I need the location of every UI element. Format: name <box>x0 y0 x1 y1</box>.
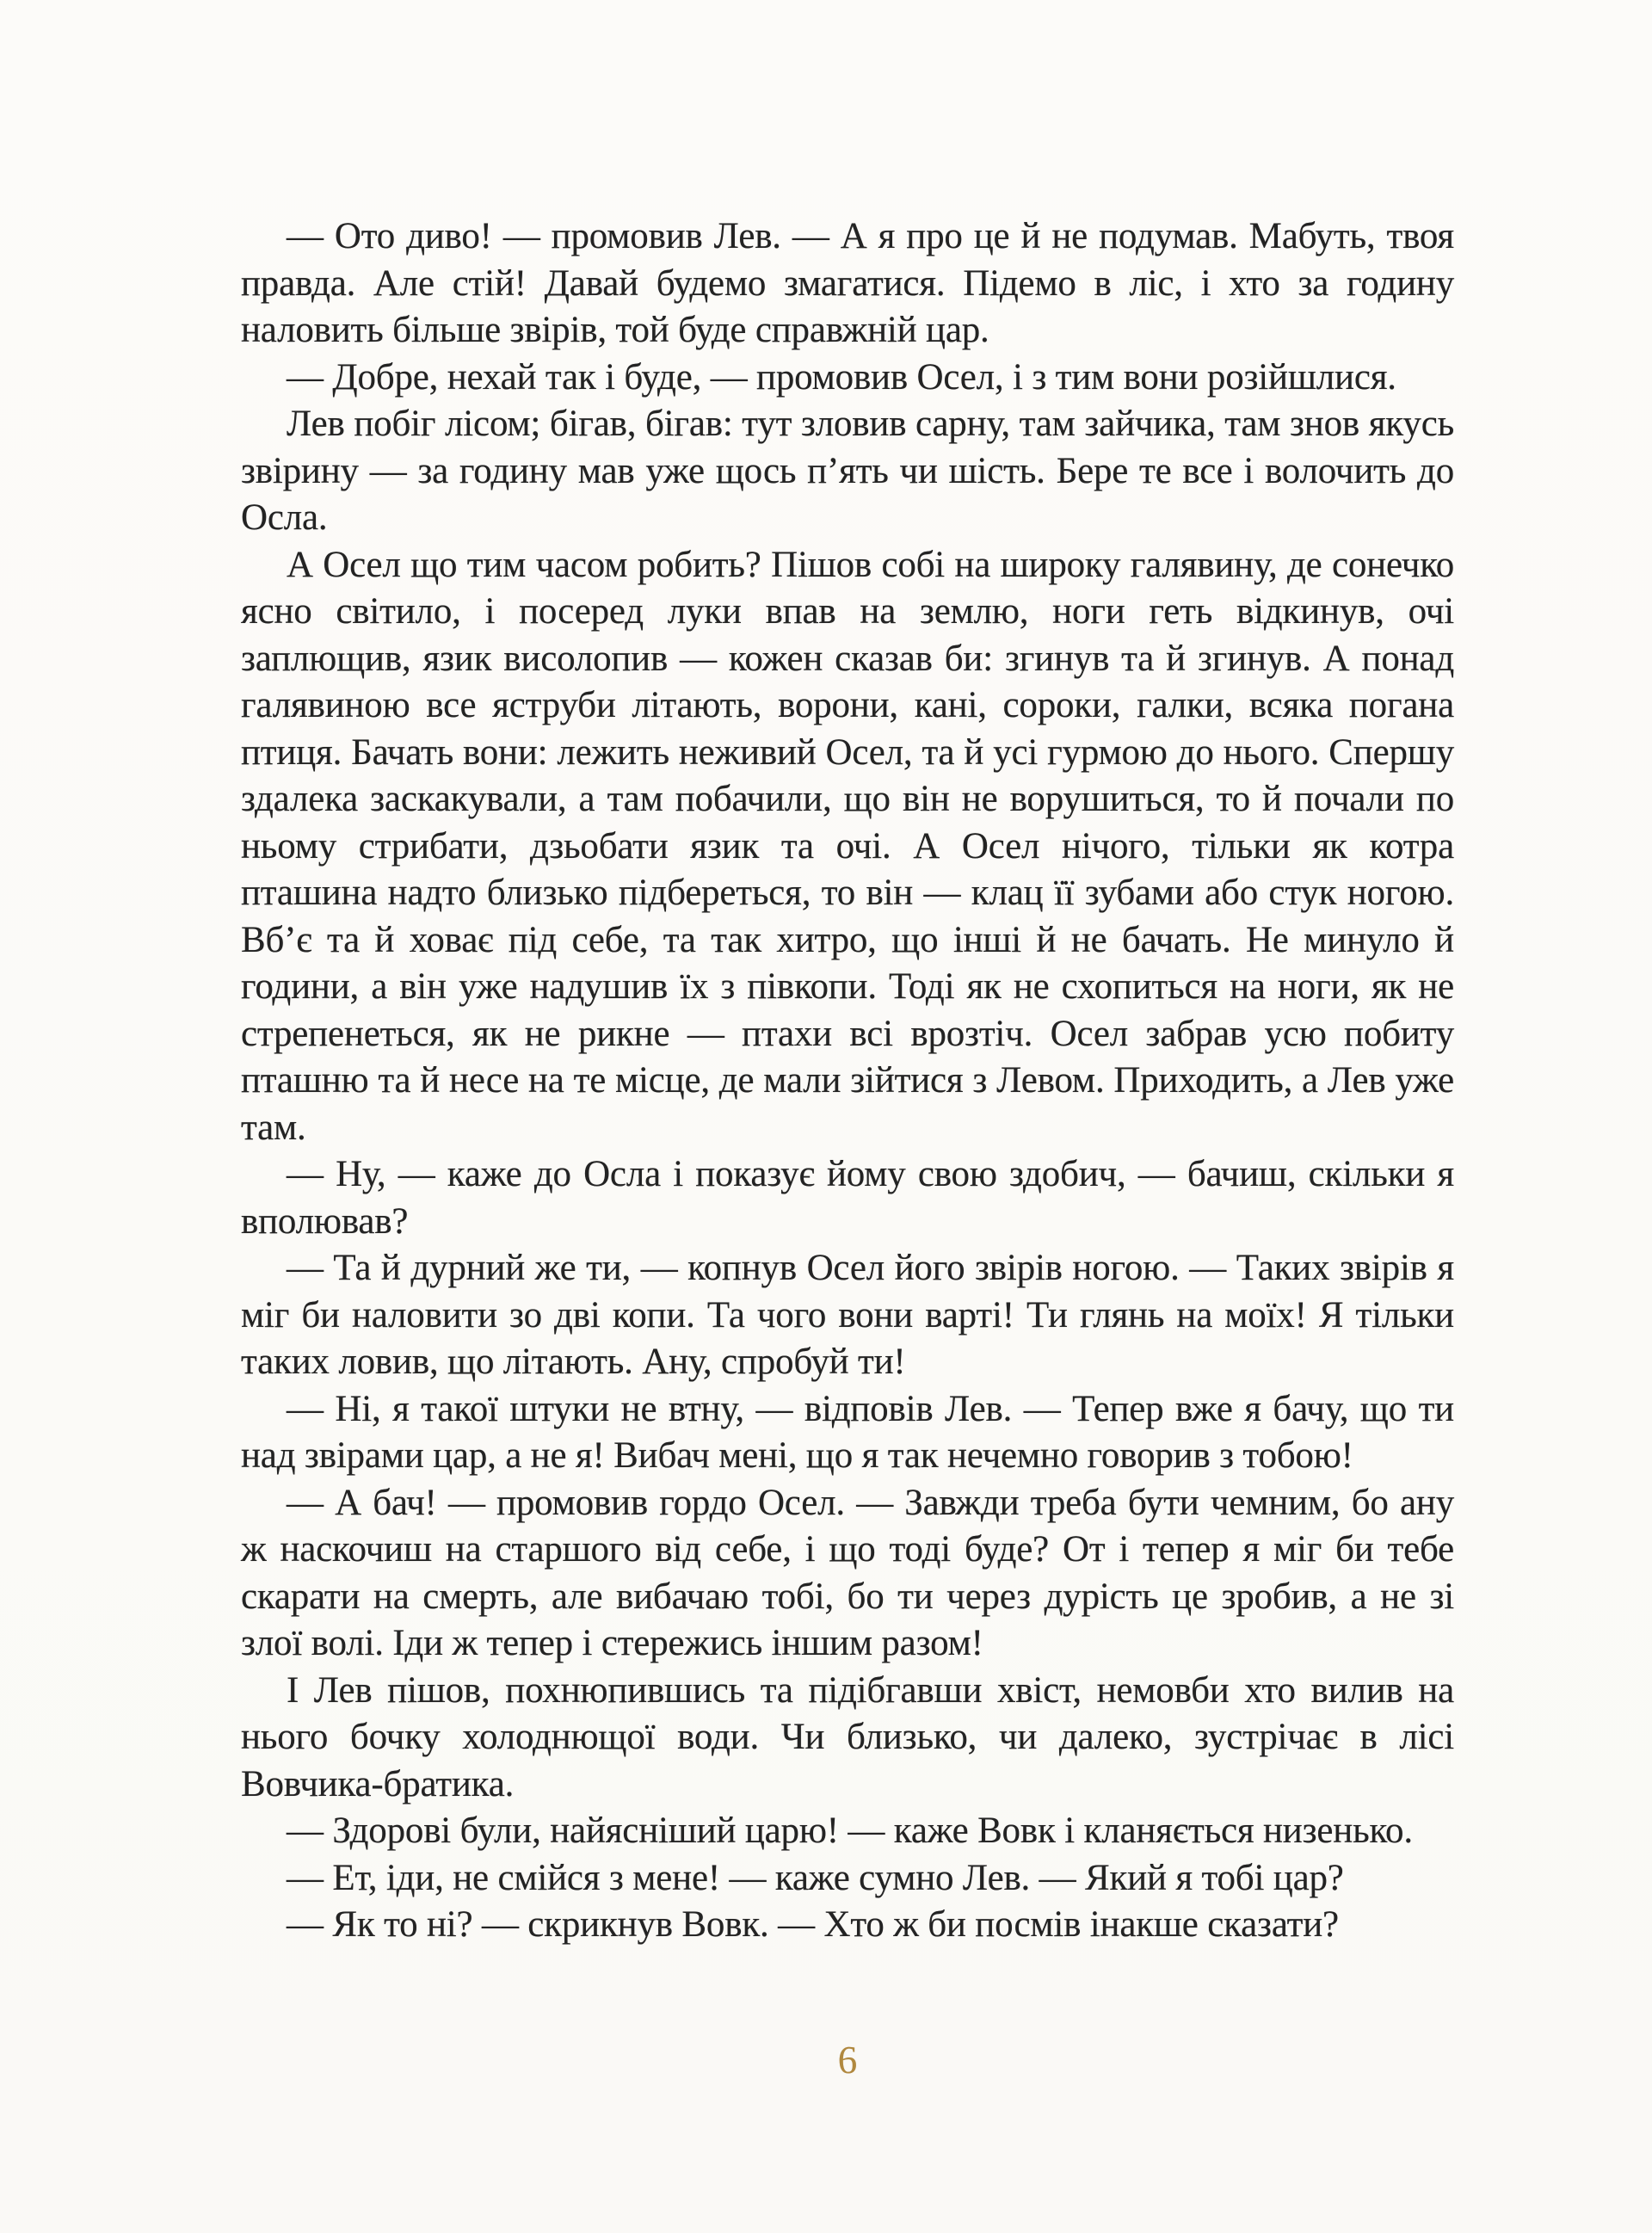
paragraph: — Ну, — каже до Осла і показує йому свою… <box>241 1151 1454 1245</box>
paragraph: — Добре, нехай так і буде, — промовив Ос… <box>241 355 1454 402</box>
paragraph: І Лев пішов, похнюпившись та підібгавши … <box>241 1668 1454 1809</box>
paragraph: — Як то ні? — скрикнув Вовк. — Хто ж би … <box>241 1902 1454 1949</box>
page-number: 6 <box>241 2038 1454 2082</box>
story-text: — Ото диво! — промовив Лев. — А я про це… <box>241 213 1454 1949</box>
paragraph: — Та й дурний же ти, — копнув Осел його … <box>241 1245 1454 1386</box>
book-page: — Ото диво! — промовив Лев. — А я про це… <box>0 0 1652 2233</box>
paragraph: А Осел що тим часом робить? Пішов собі н… <box>241 542 1454 1152</box>
paragraph: — А бач! — промовив гордо Осел. — Завжди… <box>241 1480 1454 1668</box>
paragraph: — Ні, я такої штуки не втну, — відповів … <box>241 1386 1454 1480</box>
paragraph: Лев побіг лісом; бігав, бігав: тут злови… <box>241 401 1454 542</box>
paragraph: — Ет, іди, не смійся з мене! — каже сумн… <box>241 1855 1454 1903</box>
paragraph: — Ото диво! — промовив Лев. — А я про це… <box>241 213 1454 355</box>
paragraph: — Здорові були, найясніший царю! — каже … <box>241 1808 1454 1855</box>
